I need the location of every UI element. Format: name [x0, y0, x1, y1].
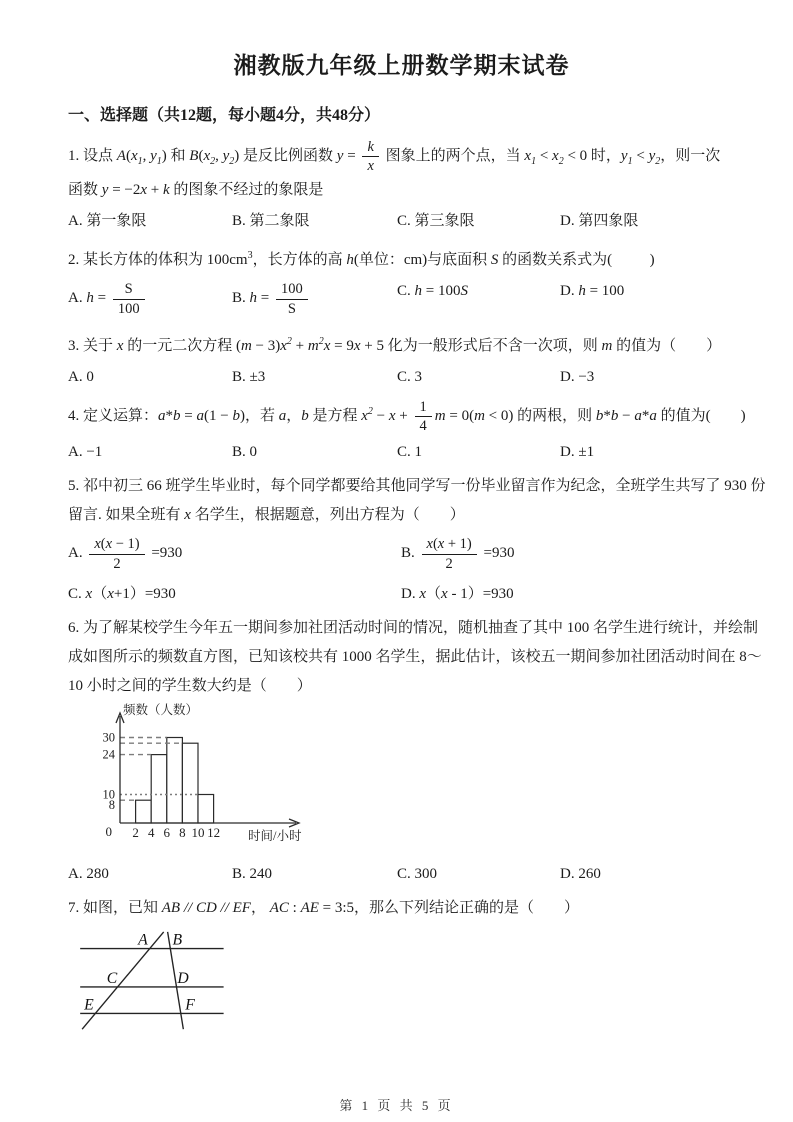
q5-options: A. x(x − 1)2 =930 B. x(x + 1)2 =930 C. x… [68, 534, 735, 605]
x-tick-12: 12 [207, 825, 220, 840]
q1-option-b: B. 第二象限 [232, 209, 397, 233]
q6-option-d: D. 260 [560, 862, 735, 886]
page-title: 湘教版九年级上册数学期末试卷 [68, 50, 735, 82]
q3-option-d: D. −3 [560, 365, 735, 389]
question-1: 1. 设点 A(x1, y1) 和 B(x2, y2) 是反比例函数 y = k… [68, 137, 735, 233]
q6-option-a: A. 280 [68, 862, 232, 886]
q2-option-d: D. h = 100 [560, 279, 735, 318]
q1-stem-line2: 函数 y = −2x + k 的图象不经过的象限是 [68, 176, 735, 205]
histogram-bar-6-8 [167, 737, 183, 823]
question-7: 7. 如图，已知 AB // CD // EF， AC : AE = 3:5，那… [68, 894, 735, 1044]
histogram-bar-10-12 [198, 794, 214, 823]
q7-stem: 7. 如图，已知 AB // CD // EF， AC : AE = 3:5，那… [68, 894, 735, 923]
q5-stem-line1: 5. 祁中初三 66 班学生毕业时，每个同学都要给其他同学写一份毕业留言作为纪念… [68, 472, 735, 501]
q5-option-a: A. x(x − 1)2 =930 [68, 534, 401, 573]
q2-stem: 2. 某长方体的体积为 100cm3，长方体的高 h(单位：cm)与底面积 S … [68, 241, 735, 275]
point-label-d: D [176, 970, 189, 987]
x-tick-8: 8 [179, 825, 186, 840]
q2-option-b: B. h = 100S [232, 279, 397, 318]
q4-option-d: D. ±1 [560, 440, 735, 464]
exam-page: 湘教版九年级上册数学期末试卷 一、选择题（共12题，每小题4分，共48分） 1.… [0, 0, 793, 1044]
q6-option-b: B. 240 [232, 862, 397, 886]
histogram-bar-4-6 [151, 754, 167, 822]
q3-option-b: B. ±3 [232, 365, 397, 389]
q3-options: A. 0 B. ±3 C. 3 D. −3 [68, 365, 735, 389]
q4-option-b: B. 0 [232, 440, 397, 464]
geometry-diagram: A B C D E F [68, 927, 280, 1039]
q1-option-c: C. 第三象限 [397, 209, 560, 233]
q5-option-c: C. x（x+1）=930 [68, 582, 401, 606]
page-footer: 第 1 页 共 5 页 [0, 1095, 793, 1114]
q1-option-a: A. 第一象限 [68, 209, 232, 233]
frequency-histogram: 8102430024681012频数（人数）时间/小时 [82, 703, 735, 858]
histogram-bar-8-10 [182, 743, 198, 823]
geometry-diagram-wrap: A B C D E F [68, 927, 735, 1044]
x-tick-6: 6 [164, 825, 171, 840]
q6-options: A. 280 B. 240 C. 300 D. 260 [68, 862, 735, 886]
histogram-svg: 8102430024681012频数（人数）时间/小时 [82, 703, 322, 853]
q5-option-b: B. x(x + 1)2 =930 [401, 534, 735, 573]
q3-option-a: A. 0 [68, 365, 232, 389]
y-tick-30: 30 [103, 730, 116, 744]
point-label-e: E [83, 996, 94, 1013]
question-5: 5. 祁中初三 66 班学生毕业时，每个同学都要给其他同学写一份毕业留言作为纪念… [68, 472, 735, 605]
q5-stem-line2: 留言. 如果全班有 x 名学生，根据题意，列出方程为（ ） [68, 501, 735, 530]
q5-option-d: D. x（x - 1）=930 [401, 582, 735, 606]
q6-stem-line3: 10 小时之间的学生数大约是（ ） [68, 672, 735, 701]
y-tick-10: 10 [103, 787, 116, 801]
q1-options: A. 第一象限 B. 第二象限 C. 第三象限 D. 第四象限 [68, 209, 735, 233]
q4-options: A. −1 B. 0 C. 1 D. ±1 [68, 440, 735, 464]
question-2: 2. 某长方体的体积为 100cm3，长方体的高 h(单位：cm)与底面积 S … [68, 241, 735, 318]
x-axis-label: 时间/小时 [248, 828, 302, 843]
q1-option-d: D. 第四象限 [560, 209, 735, 233]
x-tick-2: 2 [132, 825, 139, 840]
question-3: 3. 关于 x 的一元二次方程 (m − 3)x2 + m2x = 9x + 5… [68, 327, 735, 389]
q4-stem: 4. 定义运算：a*b = a(1 − b)，若 a，b 是方程 x2 − x … [68, 397, 735, 436]
point-label-f: F [184, 996, 195, 1013]
section-heading: 一、选择题（共12题，每小题4分，共48分） [68, 102, 735, 125]
q3-stem: 3. 关于 x 的一元二次方程 (m − 3)x2 + m2x = 9x + 5… [68, 327, 735, 361]
x-tick-4: 4 [148, 825, 155, 840]
y-tick-24: 24 [103, 747, 116, 761]
q1-stem-line1: 1. 设点 A(x1, y1) 和 B(x2, y2) 是反比例函数 y = k… [68, 137, 735, 176]
point-label-a: A [137, 932, 148, 949]
q6-stem-line1: 6. 为了解某校学生今年五一期间参加社团活动时间的情况，随机抽查了其中 100 … [68, 614, 735, 643]
x-tick-10: 10 [192, 825, 205, 840]
q6-option-c: C. 300 [397, 862, 560, 886]
q4-option-a: A. −1 [68, 440, 232, 464]
transversal-ace [82, 932, 164, 1029]
q3-option-c: C. 3 [397, 365, 560, 389]
origin-label: 0 [106, 824, 113, 839]
histogram-bar-2-4 [136, 800, 152, 823]
q4-option-c: C. 1 [397, 440, 560, 464]
question-6: 6. 为了解某校学生今年五一期间参加社团活动时间的情况，随机抽查了其中 100 … [68, 614, 735, 886]
q6-stem-line2: 成如图所示的频数直方图，已知该校共有 1000 名学生，据此估计，该校五一期间参… [68, 643, 735, 672]
q2-option-c: C. h = 100S [397, 279, 560, 318]
y-axis-label: 频数（人数） [123, 703, 198, 717]
question-4: 4. 定义运算：a*b = a(1 − b)，若 a，b 是方程 x2 − x … [68, 397, 735, 464]
q2-options: A. h = S100 B. h = 100S C. h = 100S D. h… [68, 279, 735, 318]
point-label-c: C [107, 970, 118, 987]
q2-option-a: A. h = S100 [68, 279, 232, 318]
point-label-b: B [173, 932, 183, 949]
